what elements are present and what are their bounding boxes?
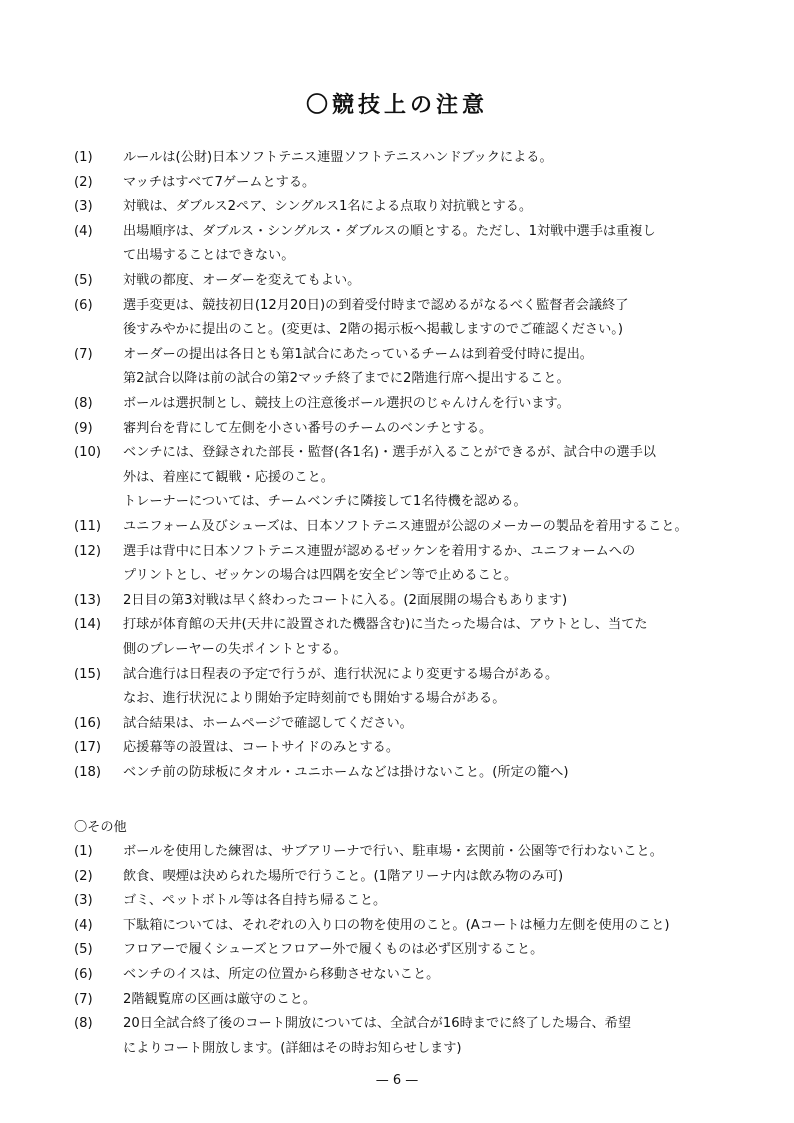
- item-number: (18): [74, 761, 101, 785]
- item-text: 2日目の第3対戦は早く終わったコートに入る。(2面展開の場合もあります): [123, 589, 567, 613]
- item-number: (4): [74, 914, 93, 938]
- item-text: 後すみやかに提出のこと。(変更は、2階の掲示板へ掲載しますのでご確認ください。): [123, 318, 623, 342]
- list-item-line: (13)2日目の第3対戦は早く終わったコートに入る。(2面展開の場合もあります): [0, 589, 794, 613]
- item-number: (17): [74, 736, 101, 760]
- list-item-line: (18)ベンチ前の防球板にタオル・ユニホームなどは掛けないこと。(所定の籠へ): [0, 761, 794, 785]
- item-number: (16): [74, 712, 101, 736]
- item-number: (8): [74, 1012, 93, 1036]
- item-text: 出場順序は、ダブルス・シングルス・ダブルスの順とする。ただし、1対戦中選手は重複…: [123, 220, 656, 244]
- item-text: プリントとし、ゼッケンの場合は四隅を安全ピン等で止めること。: [123, 564, 517, 588]
- other-section-heading: 〇その他: [74, 816, 127, 840]
- list-item-line: (10)ベンチには、登録された部長・監督(各1名)・選手が入ることができるが、試…: [0, 441, 794, 465]
- list-item-line: 外は、着座にて観戦・応援のこと。: [0, 466, 794, 490]
- item-number: (2): [74, 171, 93, 195]
- list-item-line: (2)マッチはすべて7ゲームとする。: [0, 171, 794, 195]
- item-text: ユニフォーム及びシューズは、日本ソフトテニス連盟が公認のメーカーの製品を着用する…: [123, 515, 688, 539]
- item-text: 打球が体育館の天井(天井に設置された機器含む)に当たった場合は、アウトとし、当て…: [123, 613, 648, 637]
- list-item-line: なお、進行状況により開始予定時刻前でも開始する場合がある。: [0, 687, 794, 711]
- item-number: (1): [74, 146, 93, 170]
- item-number: (6): [74, 963, 93, 987]
- list-item-line: (16)試合結果は、ホームページで確認してください。: [0, 712, 794, 736]
- list-item-line: (1)ルールは(公財)日本ソフトテニス連盟ソフトテニスハンドブックによる。: [0, 146, 794, 170]
- item-number: (2): [74, 865, 93, 889]
- item-text: ベンチのイスは、所定の位置から移動させないこと。: [123, 963, 439, 987]
- item-number: (1): [74, 840, 93, 864]
- item-text: 試合結果は、ホームページで確認してください。: [123, 712, 413, 736]
- item-number: (4): [74, 220, 93, 244]
- item-text: 審判台を背にして左側を小さい番号のチームのベンチとする。: [123, 417, 492, 441]
- item-number: (7): [74, 988, 93, 1012]
- item-number: (10): [74, 441, 101, 465]
- item-number: (12): [74, 540, 101, 564]
- list-item-line: (14)打球が体育館の天井(天井に設置された機器含む)に当たった場合は、アウトと…: [0, 613, 794, 637]
- item-text: 外は、着座にて観戦・応援のこと。: [123, 466, 334, 490]
- item-number: (9): [74, 417, 93, 441]
- item-number: (11): [74, 515, 101, 539]
- item-text: ルールは(公財)日本ソフトテニス連盟ソフトテニスハンドブックによる。: [123, 146, 553, 170]
- list-item-line: (4)下駄箱については、それぞれの入り口の物を使用のこと。(Aコートは極力左側を…: [0, 914, 794, 938]
- item-number: (7): [74, 343, 93, 367]
- item-text: オーダーの提出は各日とも第1試合にあたっているチームは到着受付時に提出。: [123, 343, 593, 367]
- item-text: ボールは選択制とし、競技上の注意後ボール選択のじゃんけんを行います。: [123, 392, 570, 416]
- item-text: 2階観覧席の区画は厳守のこと。: [123, 988, 316, 1012]
- item-text: 選手変更は、競技初日(12月20日)の到着受付時まで認めるがなるべく監督者会議終…: [123, 294, 628, 318]
- item-number: (13): [74, 589, 101, 613]
- item-number: (3): [74, 195, 93, 219]
- list-item-line: (3)ゴミ、ペットボトル等は各自持ち帰ること。: [0, 889, 794, 913]
- item-text: ベンチには、登録された部長・監督(各1名)・選手が入ることができるが、試合中の選…: [123, 441, 656, 465]
- item-text: マッチはすべて7ゲームとする。: [123, 171, 315, 195]
- page-number: — 6 —: [0, 1073, 794, 1088]
- item-number: (5): [74, 938, 93, 962]
- list-item-line: (11)ユニフォーム及びシューズは、日本ソフトテニス連盟が公認のメーカーの製品を…: [0, 515, 794, 539]
- item-text: 応援幕等の設置は、コートサイドのみとする。: [123, 736, 399, 760]
- list-item-line: (2)飲食、喫煙は決められた場所で行うこと。(1階アリーナ内は飲み物のみ可): [0, 865, 794, 889]
- item-text: 第2試合以降は前の試合の第2マッチ終了までに2階進行席へ提出すること。: [123, 367, 570, 391]
- item-number: (15): [74, 663, 101, 687]
- item-number: (5): [74, 269, 93, 293]
- item-text: 対戦の都度、オーダーを変えてもよい。: [123, 269, 360, 293]
- item-number: (3): [74, 889, 93, 913]
- list-item-line: (6)選手変更は、競技初日(12月20日)の到着受付時まで認めるがなるべく監督者…: [0, 294, 794, 318]
- list-item-line: (3)対戦は、ダブルス2ペア、シングルス1名による点取り対抗戦とする。: [0, 195, 794, 219]
- item-text: トレーナーについては、チームベンチに隣接して1名待機を認める。: [123, 490, 527, 514]
- list-item-line: (5)フロアーで履くシューズとフロアー外で履くものは必ず区別すること。: [0, 938, 794, 962]
- list-item-line: 側のプレーヤーの失ポイントとする。: [0, 638, 794, 662]
- list-item-line: (1)ボールを使用した練習は、サブアリーナで行い、駐車場・玄関前・公園等で行わな…: [0, 840, 794, 864]
- list-item-line: 第2試合以降は前の試合の第2マッチ終了までに2階進行席へ提出すること。: [0, 367, 794, 391]
- item-text: 側のプレーヤーの失ポイントとする。: [123, 638, 347, 662]
- list-item-line: (12)選手は背中に日本ソフトテニス連盟が認めるゼッケンを着用するか、ユニフォー…: [0, 540, 794, 564]
- item-text: ベンチ前の防球板にタオル・ユニホームなどは掛けないこと。(所定の籠へ): [123, 761, 568, 785]
- document-page: 〇競技上の注意 (1)ルールは(公財)日本ソフトテニス連盟ソフトテニスハンドブッ…: [0, 0, 794, 1123]
- page-title: 〇競技上の注意: [0, 88, 794, 119]
- list-item-line: (17)応援幕等の設置は、コートサイドのみとする。: [0, 736, 794, 760]
- list-item-line: (7)2階観覧席の区画は厳守のこと。: [0, 988, 794, 1012]
- item-text: て出場することはできない。: [123, 244, 294, 268]
- item-number: (6): [74, 294, 93, 318]
- item-text: ゴミ、ペットボトル等は各自持ち帰ること。: [123, 889, 386, 913]
- item-text: ボールを使用した練習は、サブアリーナで行い、駐車場・玄関前・公園等で行わないこと…: [123, 840, 663, 864]
- list-item-line: によりコート開放します。(詳細はその時お知らせします): [0, 1037, 794, 1061]
- list-item-line: (4)出場順序は、ダブルス・シングルス・ダブルスの順とする。ただし、1対戦中選手…: [0, 220, 794, 244]
- item-text: なお、進行状況により開始予定時刻前でも開始する場合がある。: [123, 687, 505, 711]
- list-item-line: トレーナーについては、チームベンチに隣接して1名待機を認める。: [0, 490, 794, 514]
- list-item-line: 後すみやかに提出のこと。(変更は、2階の掲示板へ掲載しますのでご確認ください。): [0, 318, 794, 342]
- item-number: (8): [74, 392, 93, 416]
- list-item-line: (15)試合進行は日程表の予定で行うが、進行状況により変更する場合がある。: [0, 663, 794, 687]
- item-text: 対戦は、ダブルス2ペア、シングルス1名による点取り対抗戦とする。: [123, 195, 532, 219]
- item-text: 20日全試合終了後のコート開放については、全試合が16時までに終了した場合、希望: [123, 1012, 631, 1036]
- list-item-line: プリントとし、ゼッケンの場合は四隅を安全ピン等で止めること。: [0, 564, 794, 588]
- list-item-line: (7)オーダーの提出は各日とも第1試合にあたっているチームは到着受付時に提出。: [0, 343, 794, 367]
- item-text: 試合進行は日程表の予定で行うが、進行状況により変更する場合がある。: [123, 663, 558, 687]
- item-text: 下駄箱については、それぞれの入り口の物を使用のこと。(Aコートは極力左側を使用の…: [123, 914, 670, 938]
- list-item-line: (9)審判台を背にして左側を小さい番号のチームのベンチとする。: [0, 417, 794, 441]
- item-number: (14): [74, 613, 101, 637]
- item-text: によりコート開放します。(詳細はその時お知らせします): [123, 1037, 462, 1061]
- list-item-line: (8)ボールは選択制とし、競技上の注意後ボール選択のじゃんけんを行います。: [0, 392, 794, 416]
- list-item-line: (5)対戦の都度、オーダーを変えてもよい。: [0, 269, 794, 293]
- item-text: 選手は背中に日本ソフトテニス連盟が認めるゼッケンを着用するか、ユニフォームへの: [123, 540, 635, 564]
- list-item-line: (8)20日全試合終了後のコート開放については、全試合が16時までに終了した場合…: [0, 1012, 794, 1036]
- item-text: フロアーで履くシューズとフロアー外で履くものは必ず区別すること。: [123, 938, 543, 962]
- list-item-line: て出場することはできない。: [0, 244, 794, 268]
- list-item-line: (6)ベンチのイスは、所定の位置から移動させないこと。: [0, 963, 794, 987]
- item-text: 飲食、喫煙は決められた場所で行うこと。(1階アリーナ内は飲み物のみ可): [123, 865, 563, 889]
